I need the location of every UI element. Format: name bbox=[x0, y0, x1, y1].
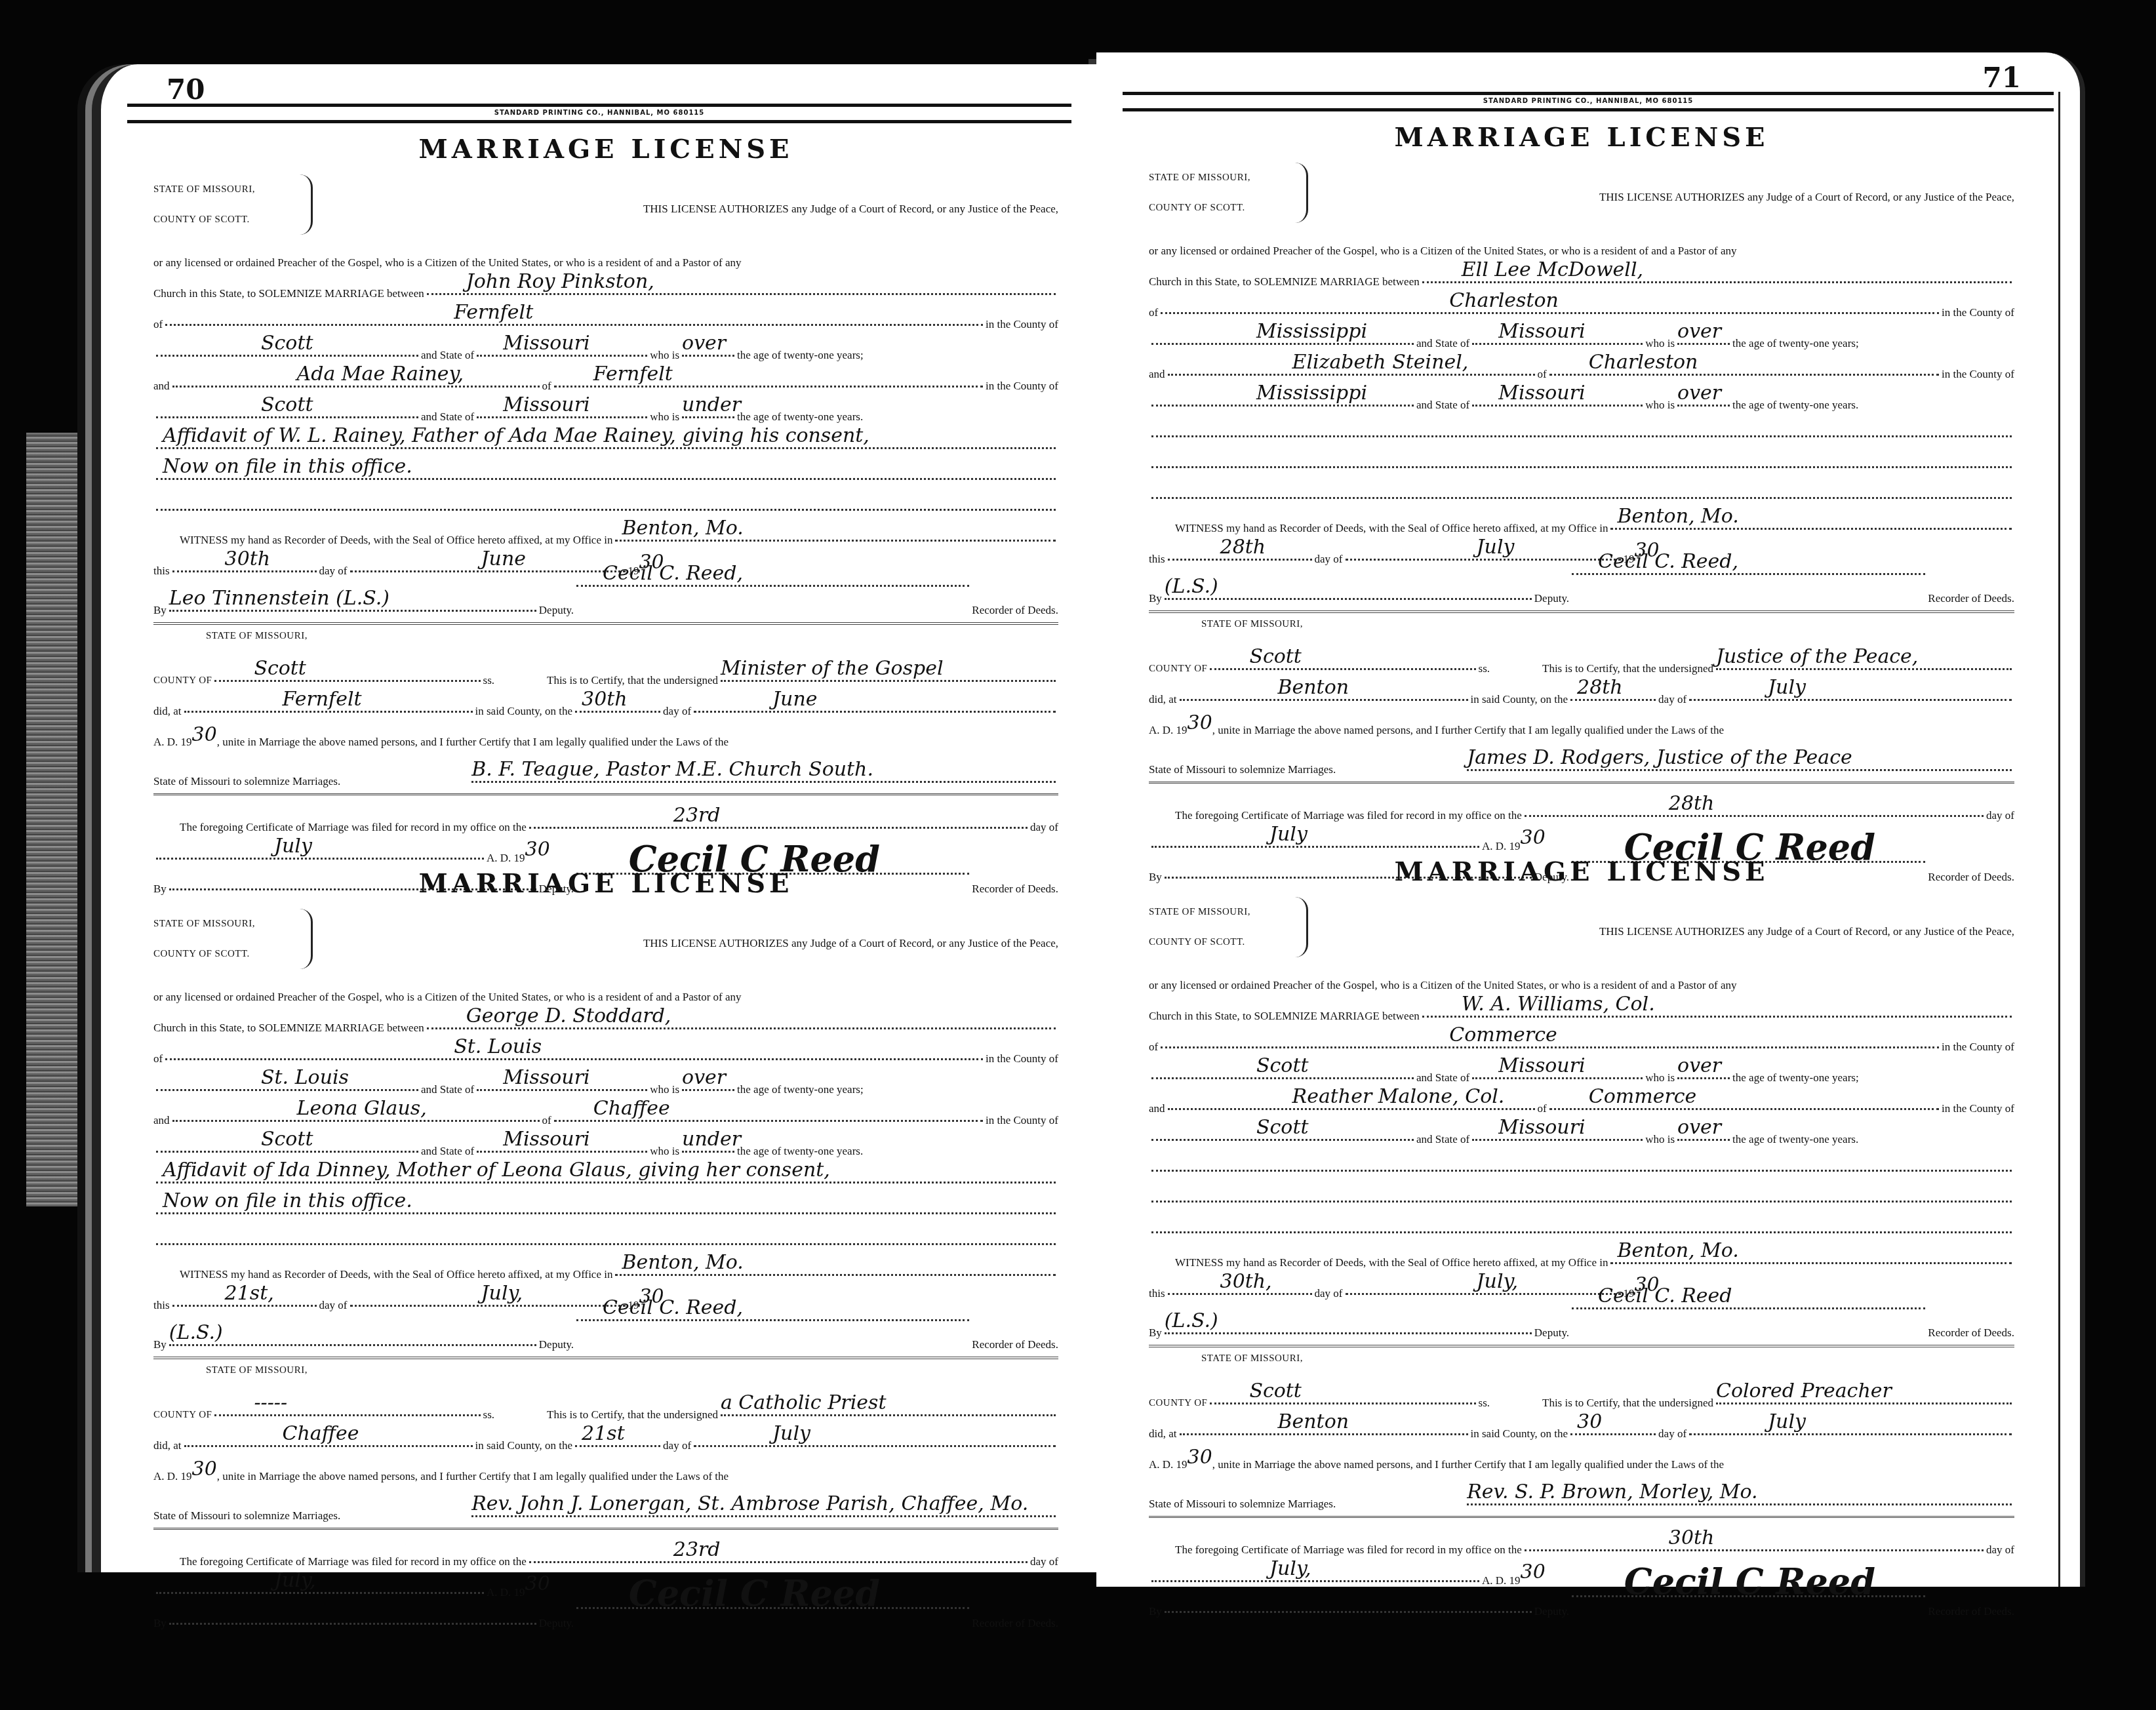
bride-county: Scott bbox=[261, 1130, 313, 1149]
filed-month: July, bbox=[1269, 1559, 1311, 1579]
recorder-signature: Cecil C. Reed, bbox=[603, 1298, 743, 1318]
groom-residence: St. Louis bbox=[454, 1037, 542, 1057]
groom-age-status: over bbox=[682, 334, 726, 353]
bride-county: Scott bbox=[261, 395, 313, 415]
witness-place: Benton, Mo. bbox=[1617, 507, 1738, 527]
recorder-signature: Cecil C. Reed bbox=[1598, 1286, 1732, 1306]
officiant-signature: Rev. S. P. Brown, Morley, Mo. bbox=[1467, 1482, 1757, 1502]
ceremony-day: 30th bbox=[582, 690, 628, 709]
bride-name: Reather Malone, Col. bbox=[1292, 1087, 1505, 1107]
authorization-text: THIS LICENSE AUTHORIZES any Judge of a C… bbox=[332, 174, 1058, 214]
page-right: 71 STANDARD PRINTING CO., HANNIBAL, MO 6… bbox=[1096, 52, 2085, 1587]
jurisdiction: STATE OF MISSOURI, COUNTY OF SCOTT. bbox=[153, 909, 313, 969]
recorder-signature: Cecil C. Reed, bbox=[603, 564, 743, 584]
recorder-signature: Cecil C. Reed, bbox=[1598, 552, 1738, 572]
issue-day: 30th, bbox=[1220, 1272, 1272, 1292]
issue-month: July, bbox=[481, 1284, 523, 1303]
filed-year: 30 bbox=[1521, 828, 1546, 848]
book-edge bbox=[26, 433, 79, 1206]
officiant-title: Minister of the Gospel bbox=[721, 659, 944, 679]
ceremony-year: 30 bbox=[1188, 1448, 1212, 1467]
bride-state: Missouri bbox=[503, 395, 589, 415]
groom-state: Missouri bbox=[1498, 322, 1585, 342]
bride-residence: Charleston bbox=[1589, 353, 1698, 372]
witness-place: Benton, Mo. bbox=[622, 519, 743, 538]
marriage-license: MARRIAGE LICENSE STATE OF MISSOURI, COUN… bbox=[1149, 125, 2014, 883]
groom-age-status: over bbox=[682, 1068, 726, 1088]
bride-name: Elizabeth Steinel, bbox=[1292, 353, 1469, 372]
ceremony-day: 28th bbox=[1577, 678, 1623, 698]
issue-month: July bbox=[1477, 538, 1515, 557]
bride-age-status: over bbox=[1677, 384, 1721, 403]
margin-rule bbox=[2058, 92, 2060, 1587]
officiant-signature: James D. Rodgers, Justice of the Peace bbox=[1467, 748, 1852, 768]
groom-state: Missouri bbox=[503, 1068, 589, 1088]
officiant-title: a Catholic Priest bbox=[721, 1393, 887, 1413]
groom-residence: Charleston bbox=[1449, 291, 1559, 311]
section-divider bbox=[153, 793, 1058, 795]
groom-county: Mississippi bbox=[1256, 322, 1367, 342]
marriage-license: MARRIAGE LICENSE STATE OF MISSOURI, COUN… bbox=[153, 136, 1058, 894]
groom-residence: Fernfelt bbox=[454, 303, 533, 323]
officiant-signature: Rev. John J. Lonergan, St. Ambrose Paris… bbox=[471, 1494, 1028, 1514]
deputy-signature: (L.S.) bbox=[1165, 1311, 1218, 1331]
groom-state: Missouri bbox=[503, 334, 589, 353]
bride-state: Missouri bbox=[1498, 1118, 1585, 1138]
filed-day: 28th bbox=[1669, 794, 1715, 814]
groom-county: St. Louis bbox=[261, 1068, 349, 1088]
ceremony-year: 30 bbox=[192, 725, 217, 745]
consent-note: Affidavit of W. L. Rainey, Father of Ada… bbox=[163, 426, 869, 446]
authorization-text: THIS LICENSE AUTHORIZES any Judge of a C… bbox=[1328, 163, 2014, 203]
bride-state: Missouri bbox=[503, 1130, 589, 1149]
license-title: MARRIAGE LICENSE bbox=[153, 871, 1058, 897]
ceremony-place: Benton bbox=[1278, 678, 1349, 698]
filed-day: 23rd bbox=[673, 806, 721, 825]
deputy-signature: (L.S.) bbox=[1165, 577, 1218, 597]
ceremony-month: June bbox=[772, 690, 817, 709]
certificate-county: Scott bbox=[1249, 647, 1302, 667]
printer-imprint: STANDARD PRINTING CO., HANNIBAL, MO 6801… bbox=[1123, 92, 2054, 111]
section-divider bbox=[1149, 610, 2014, 613]
ceremony-month: July bbox=[1768, 678, 1806, 698]
section-divider bbox=[1149, 782, 2014, 784]
witness-place: Benton, Mo. bbox=[622, 1253, 743, 1273]
officiant-title: Colored Preacher bbox=[1716, 1382, 1892, 1401]
groom-state: Missouri bbox=[1498, 1056, 1585, 1076]
consent-note: Now on file in this office. bbox=[163, 457, 412, 477]
officiant-title: Justice of the Peace, bbox=[1716, 647, 1918, 667]
bride-residence: Chaffee bbox=[593, 1099, 670, 1119]
marriage-license: MARRIAGE LICENSE STATE OF MISSOURI, COUN… bbox=[1149, 859, 2014, 1617]
license-title: MARRIAGE LICENSE bbox=[1149, 859, 2014, 885]
bride-name: Leona Glaus, bbox=[297, 1099, 427, 1119]
filed-year: 30 bbox=[525, 840, 550, 860]
groom-name: George D. Stoddard, bbox=[466, 1006, 671, 1026]
issue-day: 28th bbox=[1220, 538, 1266, 557]
groom-age-status: over bbox=[1677, 322, 1721, 342]
page-left: 70 STANDARD PRINTING CO., HANNIBAL, MO 6… bbox=[92, 64, 1098, 1572]
issue-day: 30th bbox=[225, 549, 271, 569]
ceremony-place: Benton bbox=[1278, 1412, 1349, 1432]
license-title: MARRIAGE LICENSE bbox=[153, 136, 1058, 163]
deputy-signature: Leo Tinnenstein (L.S.) bbox=[169, 589, 389, 608]
filed-year: 30 bbox=[525, 1574, 550, 1594]
ceremony-month: July bbox=[1768, 1412, 1806, 1432]
section-divider bbox=[153, 1528, 1058, 1530]
printer-imprint: STANDARD PRINTING CO., HANNIBAL, MO 6801… bbox=[127, 104, 1071, 123]
ceremony-month: July bbox=[772, 1424, 810, 1444]
filed-month: July bbox=[274, 837, 312, 856]
bride-age-status: under bbox=[682, 1130, 741, 1149]
ceremony-place: Chaffee bbox=[283, 1424, 359, 1444]
ceremony-day: 21st bbox=[582, 1424, 625, 1444]
bride-residence: Commerce bbox=[1589, 1087, 1697, 1107]
bride-county: Scott bbox=[1256, 1118, 1309, 1138]
ceremony-year: 30 bbox=[192, 1460, 217, 1479]
witness-place: Benton, Mo. bbox=[1617, 1241, 1738, 1261]
jurisdiction: STATE OF MISSOURI, COUNTY OF SCOTT. bbox=[1149, 163, 1308, 223]
page-number: 71 bbox=[1983, 62, 2021, 94]
authorization-text: THIS LICENSE AUTHORIZES any Judge of a C… bbox=[1328, 897, 2014, 937]
officiant-signature: B. F. Teague, Pastor M.E. Church South. bbox=[471, 760, 873, 780]
bride-age-status: over bbox=[1677, 1118, 1721, 1138]
ceremony-day: 30 bbox=[1577, 1412, 1602, 1432]
issue-month: July, bbox=[1477, 1272, 1518, 1292]
certificate-county: ----- bbox=[254, 1393, 287, 1413]
authorization-text: THIS LICENSE AUTHORIZES any Judge of a C… bbox=[332, 909, 1058, 949]
consent-note: Now on file in this office. bbox=[163, 1191, 412, 1211]
deputy-signature: (L.S.) bbox=[169, 1323, 223, 1343]
groom-county: Scott bbox=[1256, 1056, 1309, 1076]
certificate-county: Scott bbox=[1249, 1382, 1302, 1401]
certificate-county: Scott bbox=[254, 659, 306, 679]
filed-month: July, bbox=[274, 1571, 315, 1591]
issue-day: 21st, bbox=[225, 1284, 274, 1303]
filed-day: 30th bbox=[1669, 1528, 1715, 1548]
bride-name: Ada Mae Rainey, bbox=[297, 365, 464, 384]
license-title: MARRIAGE LICENSE bbox=[1149, 125, 2014, 151]
marriage-license: MARRIAGE LICENSE STATE OF MISSOURI, COUN… bbox=[153, 871, 1058, 1629]
consent-note: Affidavit of Ida Dinney, Mother of Leona… bbox=[163, 1161, 830, 1180]
issue-month: June bbox=[481, 549, 526, 569]
groom-name: Ell Lee McDowell, bbox=[1462, 260, 1643, 280]
filed-year: 30 bbox=[1521, 1562, 1546, 1582]
jurisdiction: STATE OF MISSOURI, COUNTY OF SCOTT. bbox=[1149, 897, 1308, 957]
section-divider bbox=[153, 622, 1058, 625]
bride-state: Missouri bbox=[1498, 384, 1585, 403]
groom-name: W. A. Williams, Col. bbox=[1462, 995, 1655, 1014]
groom-age-status: over bbox=[1677, 1056, 1721, 1076]
ceremony-place: Fernfelt bbox=[283, 690, 362, 709]
ceremony-year: 30 bbox=[1188, 713, 1212, 733]
jurisdiction: STATE OF MISSOURI, COUNTY OF SCOTT. bbox=[153, 174, 313, 235]
section-divider bbox=[1149, 1516, 2014, 1518]
section-divider bbox=[1149, 1345, 2014, 1347]
bride-residence: Fernfelt bbox=[593, 365, 673, 384]
section-divider bbox=[153, 1357, 1058, 1359]
groom-county: Scott bbox=[261, 334, 313, 353]
groom-name: John Roy Pinkston, bbox=[466, 272, 654, 292]
filed-day: 23rd bbox=[673, 1540, 721, 1560]
filed-month: July bbox=[1269, 825, 1308, 845]
bride-age-status: under bbox=[682, 395, 741, 415]
bride-county: Mississippi bbox=[1256, 384, 1367, 403]
page-number: 70 bbox=[167, 73, 205, 106]
groom-residence: Commerce bbox=[1449, 1025, 1557, 1045]
